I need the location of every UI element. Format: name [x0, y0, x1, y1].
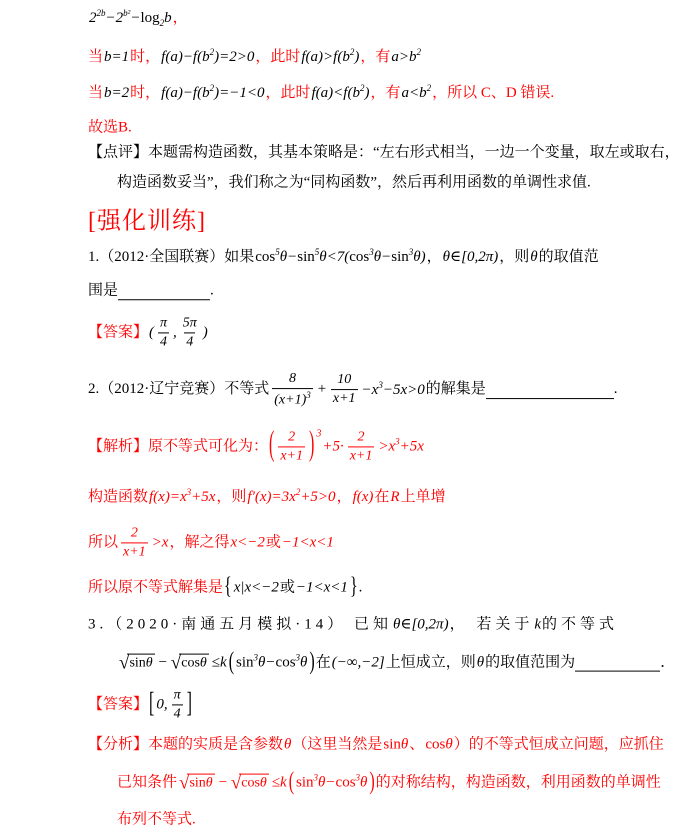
fraction-denominator: 4 [172, 705, 183, 723]
text-run: ， [173, 9, 188, 29]
fraction-numerator: 5π [181, 315, 199, 332]
text-run: 当 [88, 83, 103, 103]
math-run: −1<x<1 [296, 578, 348, 598]
text-run: 的取值范 [539, 247, 599, 267]
fraction: 5π4 [181, 315, 199, 350]
text-run: . [614, 380, 618, 400]
text-run: 故选B. [88, 118, 132, 138]
fraction-numerator: 2 [286, 429, 297, 446]
big-bracket-icon: ) [309, 424, 314, 470]
math-run: sin3θ−cos3θ [236, 653, 307, 674]
math-run: θ [477, 653, 484, 673]
text-run: [强化训练] [88, 206, 206, 237]
text-run: 上单增 [401, 487, 446, 507]
text-run: （这里当然是 [292, 735, 382, 755]
text-run: 构造函数 [88, 487, 148, 507]
fraction-numerator: 10 [335, 372, 353, 389]
text-run: . [359, 578, 363, 598]
text-run: 构造函数妥当”，我们称之为“同构函数”，然后再利用函数的单调性求值. [117, 173, 591, 193]
fraction-denominator: 4 [184, 333, 195, 351]
solution-set: 所以原不等式解集是{x|x<−2或−1<x<1}. [88, 578, 362, 599]
text-run: 围是 [88, 281, 118, 301]
math-run: a>b2 [391, 47, 421, 68]
text-run: ，有 [360, 47, 390, 67]
text-run: 的对称结构，构造函数，利用函数的单调性 [376, 773, 661, 793]
text-run: ， 若关于 [450, 615, 534, 635]
big-bracket-icon: ( [229, 646, 234, 679]
case-b-equals-2: 当b=2时，f(a)−f(b2)=−1<0，此时f(a)<f(b2)，有a<b2… [88, 83, 554, 104]
problem2: 2.（2012·辽宁竞赛）不等式8(x+1)3+10x+1−x3−5x>0的解集… [88, 371, 618, 409]
answer-blank [486, 397, 614, 399]
fraction-denominator: x+1 [121, 543, 148, 561]
text-run: 【解析】原不等式可化为： [88, 437, 268, 457]
answer3: 【答案】[0,π4] [88, 687, 193, 722]
math-run: θ∈[0,2π) [443, 247, 499, 267]
fraction-numerator: 2 [356, 429, 367, 446]
text-run: 的解集是 [426, 380, 486, 400]
fraction-numerator: π [172, 687, 183, 704]
big-bracket-icon: ) [309, 646, 314, 679]
text-run: 在 [316, 653, 331, 673]
math-run: −x3−5x>0 [362, 380, 425, 401]
math-run: f(a)<f(b2) [312, 83, 370, 104]
big-bracket-icon: { [224, 572, 232, 603]
text-run: ，有 [370, 83, 400, 103]
math-run: b=2 [104, 83, 129, 103]
case-b-equals-1: 当b=1时，f(a)−f(b2)=2>0，此时f(a)>f(b2)，有a>b2 [88, 47, 422, 68]
sqrt-radical: √sinθ [179, 773, 215, 792]
math-run: ≤k [272, 773, 287, 793]
math-run: x<−2 [230, 533, 264, 553]
text-run: ， [337, 487, 352, 507]
text-run: ，解之得 [169, 533, 229, 553]
radicand: sinθ [187, 773, 214, 792]
text-run: ，则 [216, 487, 246, 507]
sqrt-radical: √cosθ [231, 773, 269, 792]
text-run: 、 [409, 735, 424, 755]
math-run: θ∈[0,2π) [393, 615, 449, 635]
text-run: ）的不等式恒成立问题，应抓住 [454, 735, 664, 755]
math-run: +5· [322, 437, 343, 457]
math-run: cos5θ−sin5θ<7(cos3θ−sin3θ) [255, 247, 425, 268]
text-run: 或 [266, 533, 281, 553]
radicand: sinθ [127, 653, 154, 672]
big-bracket-icon: ( [289, 766, 294, 799]
math-run: >x3+5x [378, 437, 424, 458]
math-run: (−∞,−2] [332, 653, 385, 673]
text-run: 时， [130, 47, 160, 67]
text-run: 上恒成立，则 [386, 653, 476, 673]
fraction: 10x+1 [331, 372, 358, 407]
fraction: 2x+1 [121, 525, 148, 560]
analysis3-line3: 布列不等式. [117, 810, 196, 830]
math-run: k [534, 615, 541, 635]
text-run: ， [427, 247, 442, 267]
big-bracket-icon: ] [187, 686, 192, 723]
text-run: ，则 [499, 247, 529, 267]
math-run: + [317, 380, 327, 400]
text-run: ，所以 C、D 错误. [432, 83, 554, 103]
paren-exponent: 3 [316, 428, 321, 441]
math-run: f(a)−f(b2)=−1<0 [161, 83, 264, 104]
math-run: f′(x)=3x2+5>0 [247, 487, 335, 508]
math-run: − [218, 773, 228, 793]
fraction-denominator: 4 [158, 333, 169, 351]
text-run: 当 [88, 47, 103, 67]
fraction: 2x+1 [348, 429, 375, 464]
document-page: 22b−2b²−log2b，当b=1时，f(a)−f(b2)=2>0，此时f(a… [0, 0, 699, 838]
math-run: f(x) [353, 487, 374, 507]
fraction-denominator: x+1 [278, 447, 305, 465]
radicand: cosθ [239, 773, 269, 792]
math-run: ) [203, 323, 208, 343]
text-run: 1.（2012·全国联赛）如果 [88, 247, 254, 267]
problem3-line1: 3.（2020·南通五月模拟·14） 已知θ∈[0,2π)， 若关于k的不等式 [88, 615, 618, 635]
conclusion-choose-b: 故选B. [88, 118, 132, 138]
text-run: ，此时 [265, 83, 310, 103]
text-run: 所以原不等式解集是 [88, 578, 223, 598]
math-run: >x [152, 533, 169, 553]
text-run: 【分析】本题的实质是含参数 [88, 735, 283, 755]
big-bracket-icon: [ [149, 686, 154, 723]
text-run: 或 [280, 578, 295, 598]
fraction-denominator: x+1 [331, 390, 358, 408]
fraction-numerator: π [158, 315, 169, 332]
math-run: ≤k [212, 653, 227, 673]
continued-formula: 22b−2b²−log2b， [88, 8, 188, 30]
text-run: 时， [130, 83, 160, 103]
math-run: θ [284, 735, 291, 755]
math-run: ( [149, 323, 154, 343]
text-run: ，此时 [255, 47, 300, 67]
construct-function: 构造函数f(x)=x3+5x，则f′(x)=3x2+5>0， f(x)在R上单增 [88, 487, 446, 508]
text-run: . [210, 281, 214, 301]
math-run: f(x)=x3+5x [149, 487, 215, 508]
text-run: 已知条件 [117, 773, 177, 793]
fraction: π4 [158, 315, 169, 350]
math-run: x|x<−2 [234, 578, 279, 598]
analysis3-line1: 【分析】本题的实质是含参数θ（这里当然是 sinθ、cosθ）的不等式恒成立问题… [88, 735, 664, 755]
math-run: f(a)>f(b2) [301, 47, 359, 68]
comment-line2: 构造函数妥当”，我们称之为“同构函数”，然后再利用函数的单调性求值. [117, 173, 591, 193]
big-bracket-icon: ) [369, 766, 374, 799]
problem1-line2: 围是. [88, 281, 214, 301]
math-run: 22b−2b²−log2b [89, 8, 172, 30]
math-run: θ [530, 247, 537, 267]
fraction: π4 [172, 687, 183, 722]
answer-blank [118, 298, 210, 300]
math-run: cosθ [425, 735, 452, 755]
math-run: , [173, 323, 177, 343]
fraction-numerator: 8 [287, 371, 298, 388]
solve-inequality: 所以2x+1>x，解之得x<−2或−1<x<1 [88, 525, 335, 560]
text-run: 3.（2020·南通五月模拟·14） 已知 [88, 615, 392, 635]
text-run: 所以 [88, 533, 118, 553]
sqrt-radical: √cosθ [171, 653, 209, 672]
radicand: cosθ [179, 653, 209, 672]
analysis2: 【解析】原不等式可化为：(2x+1)3+5·2x+1>x3+5x [88, 429, 425, 464]
text-run: 【答案】 [88, 323, 148, 343]
text-run: 的取值范围为 [485, 653, 575, 673]
math-run: 0, [156, 695, 167, 715]
text-run: 【点评】本题需构造函数，其基本策略是：“左右形式相当，一边一个变量，取左或取右， [88, 143, 680, 163]
math-run: b=1 [104, 47, 129, 67]
answer-blank [575, 670, 660, 672]
big-bracket-icon: ( [269, 424, 274, 470]
text-run: 布列不等式. [117, 810, 196, 830]
comment-line1: 【点评】本题需构造函数，其基本策略是：“左右形式相当，一边一个变量，取左或取右， [88, 143, 680, 163]
fraction-denominator: x+1 [348, 447, 375, 465]
text-run: 在 [374, 487, 389, 507]
problem1-line1: 1.（2012·全国联赛）如果cos5θ−sin5θ<7(cos3θ−sin3θ… [88, 247, 599, 268]
sqrt-radical: √sinθ [119, 653, 155, 672]
fraction: 8(x+1)3 [272, 371, 313, 409]
math-run: −1<x<1 [282, 533, 334, 553]
text-run: 的不等式 [542, 615, 618, 635]
math-run: R [390, 487, 399, 507]
section-heading: [强化训练] [88, 206, 206, 237]
math-run: sin3θ−cos3θ [296, 773, 367, 794]
text-run: 2.（2012·辽宁竞赛）不等式 [88, 380, 269, 400]
fraction: 2x+1 [278, 429, 305, 464]
answer1: 【答案】(π4,5π4) [88, 315, 209, 350]
big-bracket-icon: } [350, 572, 358, 603]
math-run: f(a)−f(b2)=2>0 [161, 47, 254, 68]
analysis3-line2: 已知条件 √sinθ−√cosθ≤k(sin3θ−cos3θ)的对称结构，构造函… [117, 773, 661, 794]
math-run: sinθ [383, 735, 408, 755]
fraction-numerator: 2 [129, 525, 140, 542]
problem3-line2: √sinθ−√cosθ≤k(sin3θ−cos3θ)在(−∞,−2]上恒成立，则… [117, 653, 675, 674]
fraction-denominator: (x+1)3 [272, 388, 313, 409]
math-run: a<b2 [401, 83, 431, 104]
text-run: ． [660, 653, 675, 673]
math-run: − [158, 653, 168, 673]
text-run: 【答案】 [88, 695, 148, 715]
